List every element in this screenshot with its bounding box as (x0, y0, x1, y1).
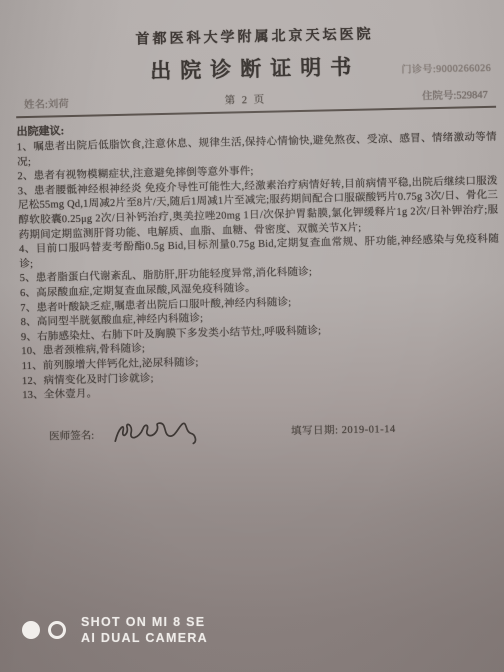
watermark-filled-circle-icon (22, 621, 40, 639)
camera-watermark: SHOT ON MI 8 SE AI DUAL CAMERA (22, 614, 208, 646)
hospital-name: 首都医科大学附属北京天坛医院 (14, 21, 494, 51)
patient-name: 姓名:刘荷 (24, 96, 69, 112)
watermark-line1: SHOT ON MI 8 SE (81, 614, 208, 630)
outpatient-number: 门诊号:9000266026 (401, 59, 491, 76)
patient-name-value: 刘荷 (48, 99, 69, 110)
inpatient-number-label: 住院号: (422, 91, 457, 103)
recommendation-list: 1、嘱患者出院后低脂饮食,注意休息、规律生活,保持心情愉快,避免熬夜、受凉、感冒… (17, 131, 503, 404)
doctor-signature-label: 医师签名: (49, 427, 94, 443)
recommendation-item: 3、患者腰骶神经根神经炎 免疫介导性可能性大,经激素治疗病情好转,目前病情平稳,… (18, 175, 499, 244)
page-number: 第 2 页 (224, 92, 266, 108)
watermark-line2: AI DUAL CAMERA (81, 630, 208, 646)
patient-name-label: 姓名: (24, 100, 48, 112)
signature-row: 医师签名: 填写日期: 2019-01-14 (23, 408, 504, 452)
inpatient-number: 住院号:529847 (422, 87, 488, 103)
fill-date-value: 2019-01-14 (342, 424, 396, 436)
document-paper: 首都医科大学附属北京天坛医院 出院诊断证明书 门诊号:9000266026 姓名… (14, 9, 503, 453)
outpatient-number-value: 9000266026 (436, 63, 491, 75)
doctor-signature-handwriting (109, 415, 202, 449)
fill-date-label: 填写日期: (291, 425, 339, 437)
fill-date: 填写日期: 2019-01-14 (291, 421, 396, 438)
watermark-text: SHOT ON MI 8 SE AI DUAL CAMERA (81, 614, 208, 646)
outpatient-number-label: 门诊号: (401, 64, 436, 76)
inpatient-number-value: 529847 (456, 90, 488, 102)
photo-background: 首都医科大学附属北京天坛医院 出院诊断证明书 门诊号:9000266026 姓名… (0, 0, 504, 672)
watermark-ring-circle-icon (48, 621, 66, 639)
